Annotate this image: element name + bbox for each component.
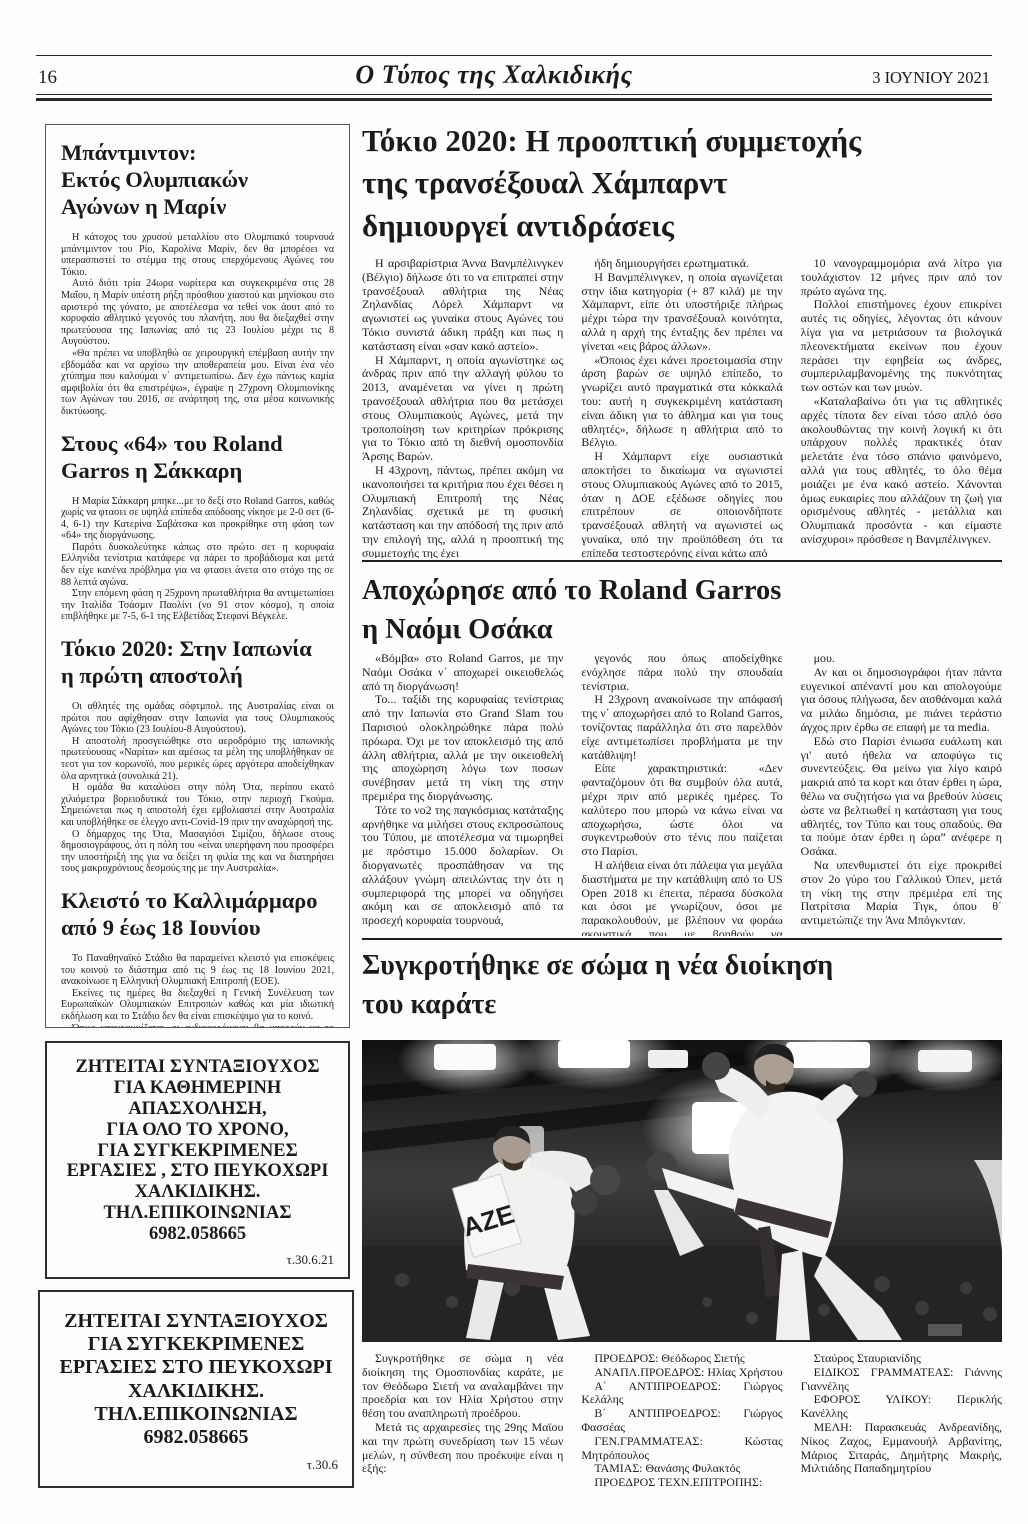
article-badminton-title: Μπάντμιντον: Εκτός Ολυμπιακών Αγώνων η Μ…: [61, 139, 334, 220]
header-thick-rule: [36, 98, 992, 101]
article-karate-headline: Συγκροτήθηκε σε σώμα η νέα διοίκηση του …: [362, 946, 1002, 1024]
issue-date: 3 ΙΟΥΝΙΟΥ 2021: [830, 68, 990, 88]
article-karate-body: Συγκροτήθηκε σε σώμα η νέα διοίκηση της …: [362, 1352, 1002, 1520]
paragraph: Πολλοί επιστήμονες έχουν επικρίνει αυτές…: [801, 298, 1002, 395]
paragraph: Το... ταξίδι της κορυφαίας τενίστριας απ…: [362, 693, 563, 803]
article-karate-col-3: Σταύρος ΣταυριανίδηςΕΙΔΙΚΟΣ ΓΡΑΜΜΑΤΕΑΣ: …: [801, 1352, 1002, 1520]
left-column: Μπάντμιντον: Εκτός Ολυμπιακών Αγώνων η Μ…: [45, 124, 350, 1028]
article-osaka-body: «Βόμβα» στο Roland Garros, με την Ναόμι …: [362, 652, 1002, 936]
article-karate-col-2: ΠΡΟΕΔΡΟΣ: Θεόδωρος ΣιετήςΑΝΑΠΛ.ΠΡΟΕΔΡΟΣ:…: [581, 1352, 782, 1520]
paragraph: ΓΙΑ ΚΑΘΗΜΕΡΙΝΗ: [47, 1078, 348, 1099]
paragraph: ΧΑΛΚΙΔΙΚΗΣ.: [47, 1182, 348, 1203]
article-osaka-col-3: μου.Αν και οι δημοσιογράφοι ήταν πάντα ε…: [801, 652, 1002, 936]
paragraph: Οι αθλητές της ομάδας σόφτμπολ. της Αυστ…: [61, 701, 334, 736]
article-karate-col-1: Συγκροτήθηκε σε σώμα η νέα διοίκηση της …: [362, 1352, 563, 1520]
paragraph: ΤΗΛ.ΕΠΙΚΟΙΝΩΝΙΑΣ: [40, 1403, 352, 1426]
article-badminton-body: Η κάτοχος του χρυσού μεταλλίου στο Ολυμπ…: [61, 232, 334, 418]
article-hubbard-col-1: Η αρσιβαρίστρια Άννα Βανμπέλινγκεν (Βέλγ…: [362, 257, 563, 558]
paragraph: ΠΡΟΕΔΡΟΣ ΤΕΧΝ.ΕΠΙΤΡΟΠΗΣ:: [581, 1476, 782, 1490]
karate-photo-illustration: AZE: [362, 1040, 1002, 1342]
article-kallimarmaro-body: Το Παναθηναϊκό Στάδιο θα παραμείνει κλει…: [61, 953, 334, 1028]
paragraph: ΕΙΔΙΚΟΣ ΓΡΑΜΜΑΤΕΑΣ: Γιάννης Γιαννέλης: [801, 1366, 1002, 1394]
article-osaka-col-1: «Βόμβα» στο Roland Garros, με την Ναόμι …: [362, 652, 563, 936]
paragraph: ΖΗΤΕΙΤΑΙ ΣΥΝΤΑΞΙΟΥΧΟΣ: [47, 1057, 348, 1078]
newspaper-title: Ο Τύπος της Χαλκιδικής: [158, 60, 830, 90]
paragraph: Η κάτοχος του χρυσού μεταλλίου στο Ολυμπ…: [61, 232, 334, 278]
paragraph: Παρότι δυσκολεύτηκε κάπως στο πρώτο σετ …: [61, 542, 334, 588]
paragraph: 6982.058665: [47, 1224, 348, 1245]
paragraph: ΧΑΛΚΙΔΙΚΗΣ.: [40, 1380, 352, 1403]
paragraph: Αυτό διότι τρία 24ωρα νωρίτερα και συγκε…: [61, 278, 334, 348]
article-hubbard-col-3: 10 νανογραμμομόρια ανά λίτρο για τουλάχι…: [801, 257, 1002, 558]
classified-ad-2: ΖΗΤΕΙΤΑΙ ΣΥΝΤΑΞΙΟΥΧΟΣΓΙΑ ΣΥΓΚΕΚΡΙΜΕΝΕΣΕΡ…: [38, 1290, 354, 1488]
paragraph: Τότε το νο2 της παγκόσμιας κατάταξης αρν…: [362, 804, 563, 928]
paragraph: Εδώ στο Παρίσι ένιωσα ευάλωτη και γι' αυ…: [801, 735, 1002, 859]
classified-ad-1-text: ΖΗΤΕΙΤΑΙ ΣΥΝΤΑΞΙΟΥΧΟΣΓΙΑ ΚΑΘΗΜΕΡΙΝΗΑΠΑΣΧ…: [47, 1057, 348, 1245]
paragraph: ΓΙΑ ΟΛΟ ΤΟ ΧΡΟΝΟ,: [47, 1120, 348, 1141]
paragraph: Β΄ ΑΝΤΙΠΡΟΕΔΡΟΣ: Γιώργος Φασσέας: [581, 1407, 782, 1435]
paragraph: Η Βανμπέλινγκεν, η οποία αγωνίζεται στην…: [581, 271, 782, 354]
article-sakkari-title: Στους «64» του Roland Garros η Σάκκαρη: [61, 430, 334, 484]
header-mid-rule: [36, 94, 992, 95]
newspaper-page: 16 Ο Τύπος της Χαλκιδικής 3 ΙΟΥΝΙΟΥ 2021…: [0, 0, 1028, 1524]
paragraph: «Βόμβα» στο Roland Garros, με την Ναόμι …: [362, 652, 563, 693]
paragraph: 10 νανογραμμομόρια ανά λίτρο για τουλάχι…: [801, 257, 1002, 298]
classified-ad-2-text: ΖΗΤΕΙΤΑΙ ΣΥΝΤΑΞΙΟΥΧΟΣΓΙΑ ΣΥΓΚΕΚΡΙΜΕΝΕΣΕΡ…: [40, 1310, 352, 1449]
paragraph: ΠΡΟΕΔΡΟΣ: Θεόδωρος Σιετής: [581, 1352, 782, 1366]
paragraph: Η ομάδα θα καταλύσει στην πόλη Ότα, περί…: [61, 782, 334, 828]
paragraph: Εκείνες τις ημέρες θα διεξαχθεί η Γενική…: [61, 988, 334, 1023]
paragraph: Ο δήμαρχος της Ότα, Μασαγιόσι Σιμίζου, δ…: [61, 829, 334, 875]
paragraph: ΖΗΤΕΙΤΑΙ ΣΥΝΤΑΞΙΟΥΧΟΣ: [40, 1310, 352, 1333]
paragraph: Όπως υπογραμμίζεται, οι ενδιαφερόμενοι θ…: [61, 1023, 334, 1029]
crowd: [362, 1246, 1002, 1342]
paragraph: ΤΗΛ.ΕΠΙΚΟΙΝΩΝΙΑΣ: [47, 1203, 348, 1224]
paragraph: Η Μαρία Σάκκαρη μπηκε...με το δεξί στο R…: [61, 496, 334, 542]
paragraph: ΑΝΑΠΛ.ΠΡΟΕΔΡΟΣ: Ηλίας Χρήστου: [581, 1366, 782, 1380]
paragraph: Είπε χαρακτηριστικά: «Δεν φανταζόμουν ότ…: [581, 762, 782, 859]
paragraph: ΓΕΝ.ΓΡΑΜΜΑΤΕΑΣ: Κώστας Μητρόπουλος: [581, 1435, 782, 1463]
classified-ad-1-tag: τ.30.6.21: [47, 1245, 348, 1268]
article-hubbard-col-2: ήδη δημιουργήσει ερωτηματικά.Η Βανμπέλιν…: [581, 257, 782, 558]
paragraph: Α΄ ΑΝΤΙΠΡΟΕΔΡΟΣ: Γιώργος Κελάλης: [581, 1380, 782, 1408]
paragraph: Το Παναθηναϊκό Στάδιο θα παραμείνει κλει…: [61, 953, 334, 988]
article-hubbard-headline: Τόκιο 2020: Η προοπτική συμμετοχής της τ…: [362, 120, 1002, 247]
paragraph: ΑΠΑΣΧΟΛΗΣΗ,: [47, 1099, 348, 1120]
article-osaka-col-2: γεγονός που όπως αποδείχθηκε ενόχλησε πά…: [581, 652, 782, 936]
paragraph: Η 43χρονη, πάντως, πρέπει ακόμη να ικανο…: [362, 464, 563, 558]
paragraph: ήδη δημιουργήσει ερωτηματικά.: [581, 257, 782, 271]
paragraph: Αν και οι δημοσιογράφοι ήταν πάντα ευγεν…: [801, 666, 1002, 735]
paragraph: 6982.058665: [40, 1426, 352, 1449]
paragraph: ΕΡΓΑΣΙΕΣ ΣΤΟ ΠΕΥΚΟΧΩΡΙ: [40, 1356, 352, 1379]
classified-ad-1: ΖΗΤΕΙΤΑΙ ΣΥΝΤΑΞΙΟΥΧΟΣΓΙΑ ΚΑΘΗΜΕΡΙΝΗΑΠΑΣΧ…: [45, 1041, 350, 1279]
page-number: 16: [38, 67, 158, 89]
paragraph: «Καταλαβαίνω ότι για τις αθλητικές αρχές…: [801, 395, 1002, 547]
paragraph: ΤΑΜΙΑΣ: Θανάσης Φυλακτός: [581, 1462, 782, 1476]
paragraph: ΕΦΟΡΟΣ ΥΛΙΚΟΥ: Περικλής Κανέλλης: [801, 1393, 1002, 1421]
paragraph: Η Χάμπαρντ, η οποία αγωνίστηκε ως άνδρας…: [362, 354, 563, 464]
classified-ad-2-tag: τ.30.6: [40, 1449, 352, 1472]
paragraph: Στην επόμενη φάση η 25χρονη πρωταθλήτρια…: [61, 588, 334, 623]
header-top-rule: [36, 55, 992, 56]
paragraph: μου.: [801, 652, 1002, 666]
paragraph: «Όποιος έχει κάνει προετοιμασία στην άρσ…: [581, 354, 782, 451]
paragraph: Η Χάμπαρντ είχε ουσιαστικά αποκτήσει το …: [581, 450, 782, 558]
article-separator-rule: [362, 938, 1002, 940]
article-kallimarmaro-title: Κλειστό το Καλλιμάρμαρο από 9 έως 18 Ιου…: [61, 887, 334, 941]
article-sakkari-body: Η Μαρία Σάκκαρη μπηκε...με το δεξί στο R…: [61, 496, 334, 624]
paragraph: Σταύρος Σταυριανίδης: [801, 1352, 1002, 1366]
article-tokyo-mission-body: Οι αθλητές της ομάδας σόφτμπολ. της Αυστ…: [61, 701, 334, 875]
paragraph: γεγονός που όπως αποδείχθηκε ενόχλησε πά…: [581, 652, 782, 693]
karate-photo: AZE: [362, 1040, 1002, 1342]
paragraph: Συγκροτήθηκε σε σώμα η νέα διοίκηση της …: [362, 1352, 563, 1421]
article-separator-rule: [362, 560, 1002, 562]
article-osaka-headline: Αποχώρησε από το Roland Garros η Ναόμι Ο…: [362, 572, 1002, 650]
paragraph: ΓΙΑ ΣΥΓΚΕΚΡΙΜΕΝΕΣ: [47, 1141, 348, 1162]
paragraph: Μετά τις αρχαιρεσίες της 29ης Μαϊου και …: [362, 1421, 563, 1476]
paragraph: Η αρσιβαρίστρια Άννα Βανμπέλινγκεν (Βέλγ…: [362, 257, 563, 354]
paragraph: Η αποστολή προσγειώθηκε στο αεροδρόμιο τ…: [61, 736, 334, 782]
paragraph: ΓΙΑ ΣΥΓΚΕΚΡΙΜΕΝΕΣ: [40, 1333, 352, 1356]
page-header: 16 Ο Τύπος της Χαλκιδικής 3 ΙΟΥΝΙΟΥ 2021: [38, 60, 990, 90]
paragraph: «Θα πρέπει να υποβληθώ σε χειρουργική επ…: [61, 348, 334, 418]
paragraph: ΜΕΛΗ: Παρασκευάς Ανδρεανίδης, Νίκος Ζαχο…: [801, 1421, 1002, 1476]
paragraph: ΕΡΓΑΣΙΕΣ , ΣΤΟ ΠΕΥΚΟΧΩΡΙ: [47, 1161, 348, 1182]
article-tokyo-mission-title: Τόκιο 2020: Στην Ιαπωνία η πρώτη αποστολ…: [61, 635, 334, 689]
paragraph: Η αλήθεια είναι ότι πάλεψα για μεγάλα δι…: [581, 859, 782, 936]
paragraph: Να υπενθυμιστεί ότι είχε προκριθεί στον …: [801, 859, 1002, 928]
paragraph: Η 23χρονη ανακοίνωσε την απόφασή της ν΄ …: [581, 693, 782, 762]
article-hubbard-body: Η αρσιβαρίστρια Άννα Βανμπέλινγκεν (Βέλγ…: [362, 257, 1002, 558]
